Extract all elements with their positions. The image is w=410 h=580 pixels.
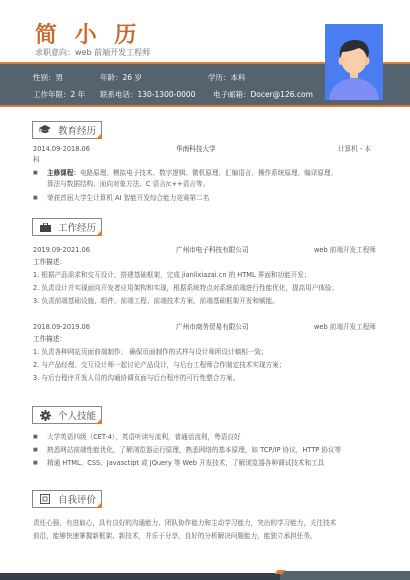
corner-accent bbox=[96, 502, 102, 508]
job1-company: 广州市电子科技有限公司 bbox=[176, 245, 249, 256]
education-major: 计算机 - 本 bbox=[338, 144, 371, 155]
job2-period: 2018.09-2019.06 bbox=[33, 322, 90, 333]
info-email: 电子邮箱：Docer@126.com bbox=[213, 89, 313, 100]
job1-desc-label: 工作描述： bbox=[33, 257, 66, 268]
job1-item-3: 3. 负责前端基础设施、组件、前端工程、前端技术方案、前端基础框架开发和赋能。 bbox=[33, 296, 279, 307]
section-header-self: 自我评价 bbox=[32, 490, 102, 508]
section-title: 工作经历 bbox=[58, 220, 96, 234]
avatar-illustration-icon bbox=[325, 24, 383, 100]
corner-accent bbox=[96, 230, 102, 236]
info-phone: 联系电话：130-1300-0000 bbox=[100, 89, 195, 100]
info-age: 年龄：26 岁 bbox=[100, 72, 142, 83]
skill-item-1: 大学英语四级（CET-4），英语听读写流利，普通话流利，粤语良好 bbox=[47, 432, 241, 443]
skill-item-3: 精通 HTML、CSS、Javasctipt 或 JQuery 等 Web 开发… bbox=[47, 458, 324, 469]
skill-item-2: 熟悉网站前端性能优化，了解浏览器运行原理，熟悉网络的基本原理，如 TCP/IP … bbox=[47, 445, 341, 456]
info-education: 学历：本科 bbox=[208, 72, 246, 83]
resume-page: 简 小 历 求职意向：web 前端开发工程师 性别：男 年龄：26 岁 学历：本… bbox=[0, 0, 410, 580]
job2-item-2: 2. 与产品经理、交互设计师一起讨论产品设计，与后台工程师合作制定技术实现方案； bbox=[33, 360, 285, 371]
job1-item-1: 1. 根据产品需求和交互设计，搭建基础框架，完成 jianlixiazai.cn… bbox=[33, 270, 311, 281]
section-header-skills: 个人技能 bbox=[32, 406, 102, 424]
job1-item-2: 2. 负责设计并实现面向开发者应用架构和实现，根据系统特点对系统前端进行性能优化… bbox=[33, 283, 338, 294]
courses-label: 主修课程： bbox=[47, 169, 80, 177]
education-period: 2014.09-2018.06 bbox=[33, 144, 90, 155]
corner-accent bbox=[96, 133, 102, 139]
section-title: 个人技能 bbox=[58, 408, 96, 422]
info-work-years: 工作年限：2 年 bbox=[33, 89, 85, 100]
job2-role: web 前端开发工程师 bbox=[314, 322, 376, 333]
footer-bar-dark bbox=[0, 573, 280, 580]
job1-role: web 前端开发工程师 bbox=[314, 245, 376, 256]
education-school: 华南科技大学 bbox=[176, 144, 216, 155]
corner-accent bbox=[96, 418, 102, 424]
section-header-education: 教育经历 bbox=[32, 121, 102, 139]
avatar bbox=[325, 24, 383, 100]
job2-item-3: 3. 与后台程序开发人员的沟通协调页面与后台程序的可行性整合方案。 bbox=[33, 373, 239, 384]
gear-icon bbox=[39, 410, 51, 420]
briefcase-icon bbox=[39, 222, 51, 232]
section-title: 教育经历 bbox=[58, 123, 96, 137]
job2-item-1: 1. 负责各种网站页面前端制作； 确保页面制作的式样与设计师所设计稿相一致； bbox=[33, 347, 268, 358]
info-gender: 性别：男 bbox=[33, 72, 63, 83]
job-intent: 求职意向：web 前端开发工程师 bbox=[35, 47, 150, 58]
education-bullet-award: 荣获首届大学生计算机 AI 智能开发综合能力竞赛第二名 bbox=[47, 193, 209, 204]
job2-company: 广州市商务贸易有限公司 bbox=[176, 322, 249, 333]
self-eval-line-2: 前沿，能够快速掌握新框架、新技术，并乐于分享，良好的分析解决问题能力，能独立承担… bbox=[33, 531, 317, 542]
education-major-wrap: 科 bbox=[33, 155, 40, 166]
section-header-work: 工作经历 bbox=[32, 218, 102, 236]
graduation-cap-icon bbox=[39, 125, 51, 135]
courses-text-wrap: 算法与数据结构、面向对象方法、C 语言/c++语言等。 bbox=[47, 179, 209, 190]
job2-desc-label: 工作描述： bbox=[33, 334, 66, 345]
job1-period: 2019.09-2021.06 bbox=[33, 245, 90, 256]
self-eval-line-1: 责任心强、有进取心，具有良好的沟通能力、团队协作能力和主动学习能力，突出的学习能… bbox=[33, 518, 336, 529]
education-bullet-courses: 主修课程：电路原理、模拟电子技术、数字逻辑、微机原理、汇编语言、操作系统原理、编… bbox=[47, 168, 337, 179]
section-title: 自我评价 bbox=[58, 492, 96, 506]
courses-text: 电路原理、模拟电子技术、数字逻辑、微机原理、汇编语言、操作系统原理、编译原理、 bbox=[80, 169, 337, 177]
profile-card-icon bbox=[39, 494, 51, 504]
footer-bar-light bbox=[280, 571, 410, 580]
candidate-name: 简 小 历 bbox=[35, 18, 141, 49]
